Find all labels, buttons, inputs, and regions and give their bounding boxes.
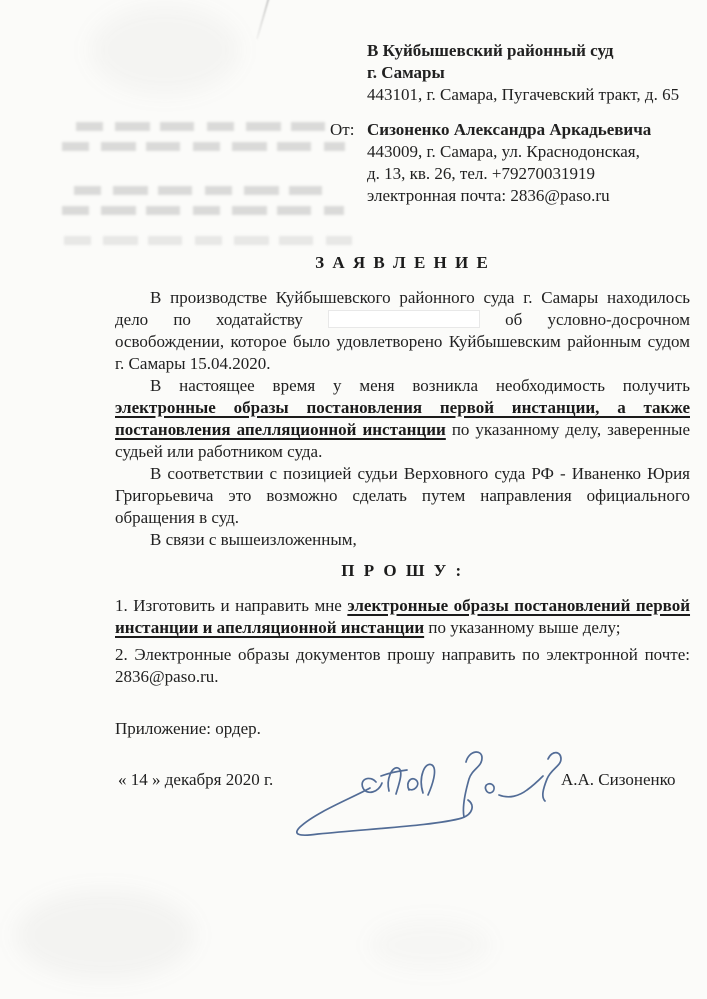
document-title: З А Я В Л Е Н И Е — [115, 252, 690, 274]
redacted-region — [328, 310, 480, 328]
applicant-address-2: д. 13, кв. 26, тел. +79270031919 — [367, 163, 595, 185]
paragraph-therefore: В связи с вышеизложенным, — [115, 529, 690, 551]
applicant-name: Сизоненко Александра Аркадьевича — [367, 119, 651, 141]
signature-row: « 14 » декабря 2020 г. А.А. Сизоненко — [115, 769, 690, 829]
paragraph-request-need: В настоящее время у меня возникла необхо… — [115, 375, 690, 463]
court-postal-line: 443101, г. Самара, Пугачевский тракт, д.… — [367, 84, 697, 106]
signatory-name: А.А. Сизоненко — [561, 769, 676, 791]
scanned-application-page: В Куйбышевский районный суд г. Самары 44… — [0, 0, 707, 999]
request-item-2: 2. Электронные образы документов прошу н… — [115, 644, 690, 688]
request-heading: П Р О Ш У : — [115, 560, 690, 582]
paragraph-legal-basis: В соответствии с позицией судьи Верховно… — [115, 463, 690, 529]
court-name-line: В Куйбышевский районный суд — [367, 40, 697, 62]
paragraph-case-history: В производстве Куйбышевского районного с… — [115, 287, 690, 375]
applicant-address-1: 443009, г. Самара, ул. Краснодонская, — [367, 141, 640, 163]
from-label: От: — [330, 119, 367, 141]
scan-smudge — [15, 890, 195, 980]
applicant-block: От: Сизоненко Александра Аркадьевича 443… — [330, 119, 700, 207]
scan-smudge — [370, 920, 490, 970]
attachment-line: Приложение: ордер. — [115, 718, 690, 740]
signature-date: « 14 » декабря 2020 г. — [118, 769, 273, 791]
document-body: З А Я В Л Е Н И Е В производстве Куйбыше… — [115, 252, 690, 829]
court-address-block: В Куйбышевский районный суд г. Самары 44… — [367, 40, 697, 106]
court-city-line: г. Самары — [367, 62, 697, 84]
paper-crease — [256, 0, 270, 39]
scan-smudge — [90, 5, 240, 95]
request-item-1: 1. Изготовить и направить мне электронны… — [115, 595, 690, 639]
applicant-email: электронная почта: 2836@paso.ru — [367, 185, 610, 207]
